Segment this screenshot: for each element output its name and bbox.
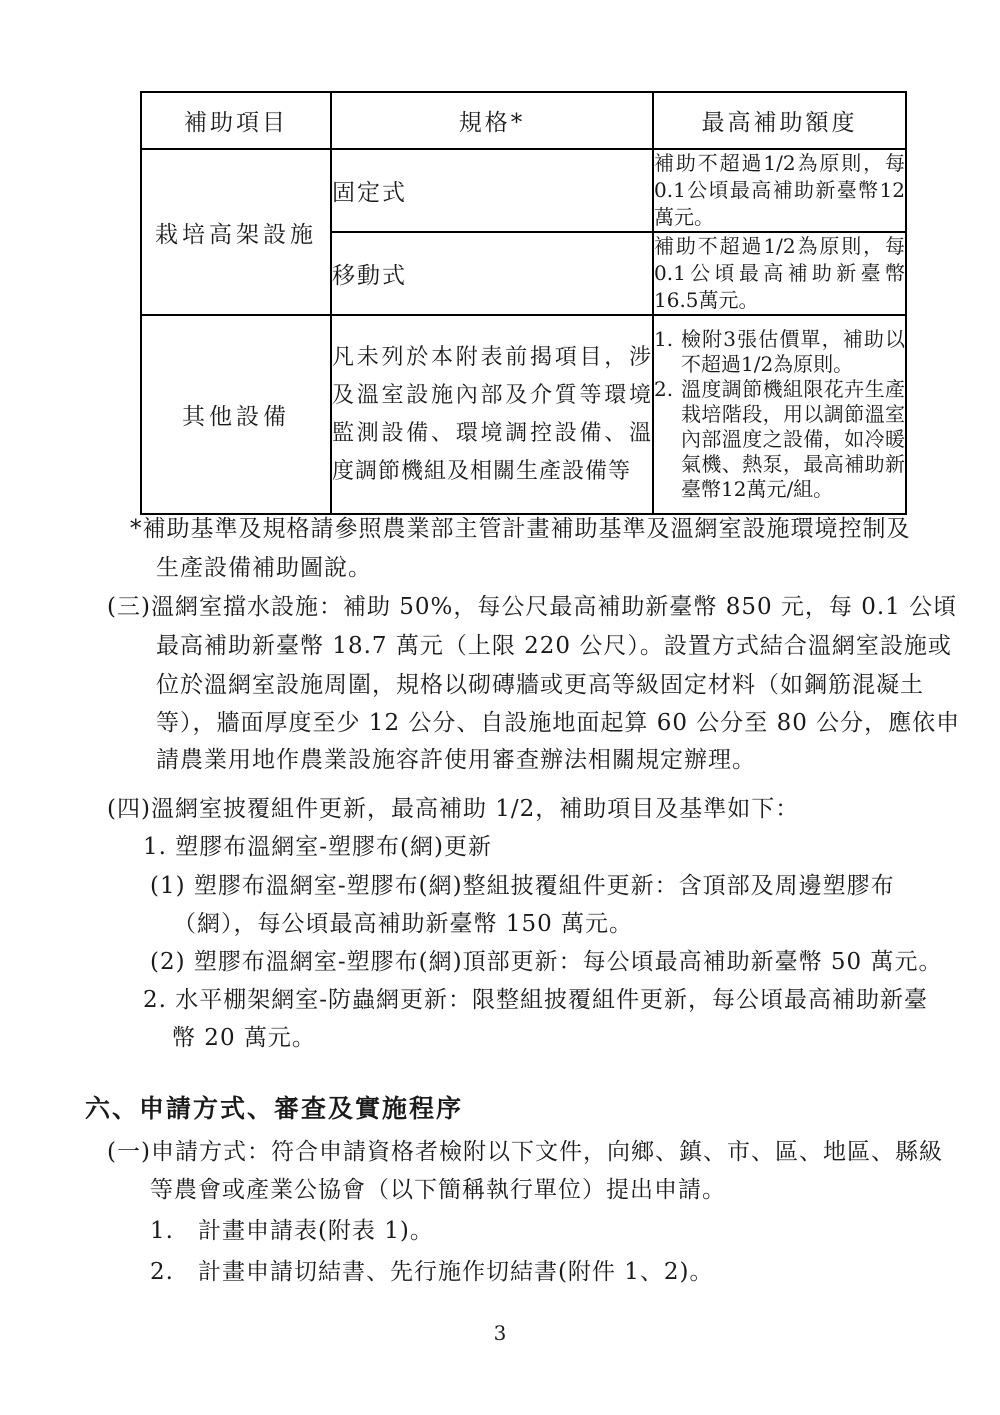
cell-item-other-equipment: 其他設備 [141,315,331,514]
paragraph-4-subitem: (1) 塑膠布溫網室-塑膠布(網)整組披覆組件更新：含頂部及周邊塑膠布 [150,872,895,900]
paragraph-4-item: 2. 水平棚架網室-防蟲網更新：限整組披覆組件更新，每公頃最高補助新臺 [143,986,928,1014]
table-row: 其他設備 凡未列於本附表前揭項目，涉及溫室設施內部及介質等環境監測設備、環境調控… [141,315,906,514]
cell-spec-fixed: 固定式 [331,149,653,232]
col-header-item: 補助項目 [141,92,331,149]
paragraph-3-line: 位於溫網室設施周圍，規格以砌磚牆或更高等級固定材料（如鋼筋混凝土 [156,671,924,699]
section-heading: 六、申請方式、審查及實施程序 [85,1095,463,1123]
amount-list-item: 1. 檢附3張估價單，補助以不超過1/2為原則。 [654,327,905,377]
paragraph-3-line: 等），牆面厚度至少 12 公分、自設施地面起算 60 公分至 80 公分，應依申 [156,709,960,737]
col-header-spec: 規格* [331,92,653,149]
footnote-line: 生產設備補助圖說。 [156,554,372,582]
paragraph-4-item: 幣 20 萬元。 [172,1024,316,1052]
paragraph-1-item: 2. 計畫申請切結書、先行施作切結書(附件 1、2)。 [150,1258,713,1286]
cell-amount-mobile: 補助不超過1/2為原則，每0.1公頃最高補助新臺幣16.5萬元。 [653,232,906,315]
footnote-line: *補助基準及規格請參照農業部主管計畫補助基準及溫網室設施環境控制及 [130,515,911,543]
cell-amount-other: 1. 檢附3張估價單，補助以不超過1/2為原則。 2. 溫度調節機組限花卉生產栽… [653,315,906,514]
page-number: 3 [0,1321,1000,1345]
cell-spec-mobile: 移動式 [331,232,653,315]
table-header-row: 補助項目 規格* 最高補助額度 [141,92,906,149]
amount-list-item: 2. 溫度調節機組限花卉生產栽培階段，用以調節溫室內部溫度之設備，如冷暖氣機、熱… [654,377,905,502]
paragraph-1-line: (一)申請方式：符合申請資格者檢附以下文件，向鄉、鎮、市、區、地區、縣級 [107,1138,943,1166]
paragraph-3-line: (三)溫網室擋水設施：補助 50%，每公尺最高補助新臺幣 850 元，每 0.1… [107,593,957,621]
list-item-number: 2. [654,377,681,502]
paragraph-1-line: 等農會或產業公協會（以下簡稱執行單位）提出申請。 [150,1176,726,1204]
paragraph-4-item: 1. 塑膠布溫網室-塑膠布(網)更新 [143,833,492,861]
list-item-number: 1. [654,327,681,377]
cell-spec-other: 凡未列於本附表前揭項目，涉及溫室設施內部及介質等環境監測設備、環境調控設備、溫度… [331,315,653,514]
table-row: 栽培高架設施 固定式 補助不超過1/2為原則，每0.1公頃最高補助新臺幣12萬元… [141,149,906,232]
cell-amount-fixed: 補助不超過1/2為原則，每0.1公頃最高補助新臺幣12萬元。 [653,149,906,232]
paragraph-4-subitem: （網），每公頃最高補助新臺幣 150 萬元。 [173,910,633,938]
paragraph-3-line: 最高補助新臺幣 18.7 萬元（上限 220 公尺）。設置方式結合溫網室設施或 [156,632,952,660]
subsidy-table: 補助項目 規格* 最高補助額度 栽培高架設施 固定式 補助不超過1/2為原則，每… [140,91,907,515]
document-page: 補助項目 規格* 最高補助額度 栽培高架設施 固定式 補助不超過1/2為原則，每… [0,0,1000,1415]
paragraph-3-line: 請農業用地作農業設施容許使用審查辦法相關規定辦理。 [156,746,756,774]
paragraph-1-item: 1. 計畫申請表(附表 1)。 [150,1217,434,1245]
paragraph-4-line: (四)溫網室披覆組件更新，最高補助 1/2，補助項目及基準如下： [107,795,799,823]
cell-item-elevated-cultivation: 栽培高架設施 [141,149,331,315]
list-item-text: 溫度調節機組限花卉生產栽培階段，用以調節溫室內部溫度之設備，如冷暖氣機、熱泵，最… [681,377,905,502]
list-item-text: 檢附3張估價單，補助以不超過1/2為原則。 [681,327,905,377]
paragraph-4-subitem: (2) 塑膠布溫網室-塑膠布(網)頂部更新：每公頃最高補助新臺幣 50 萬元。 [150,948,943,976]
col-header-amount: 最高補助額度 [653,92,906,149]
